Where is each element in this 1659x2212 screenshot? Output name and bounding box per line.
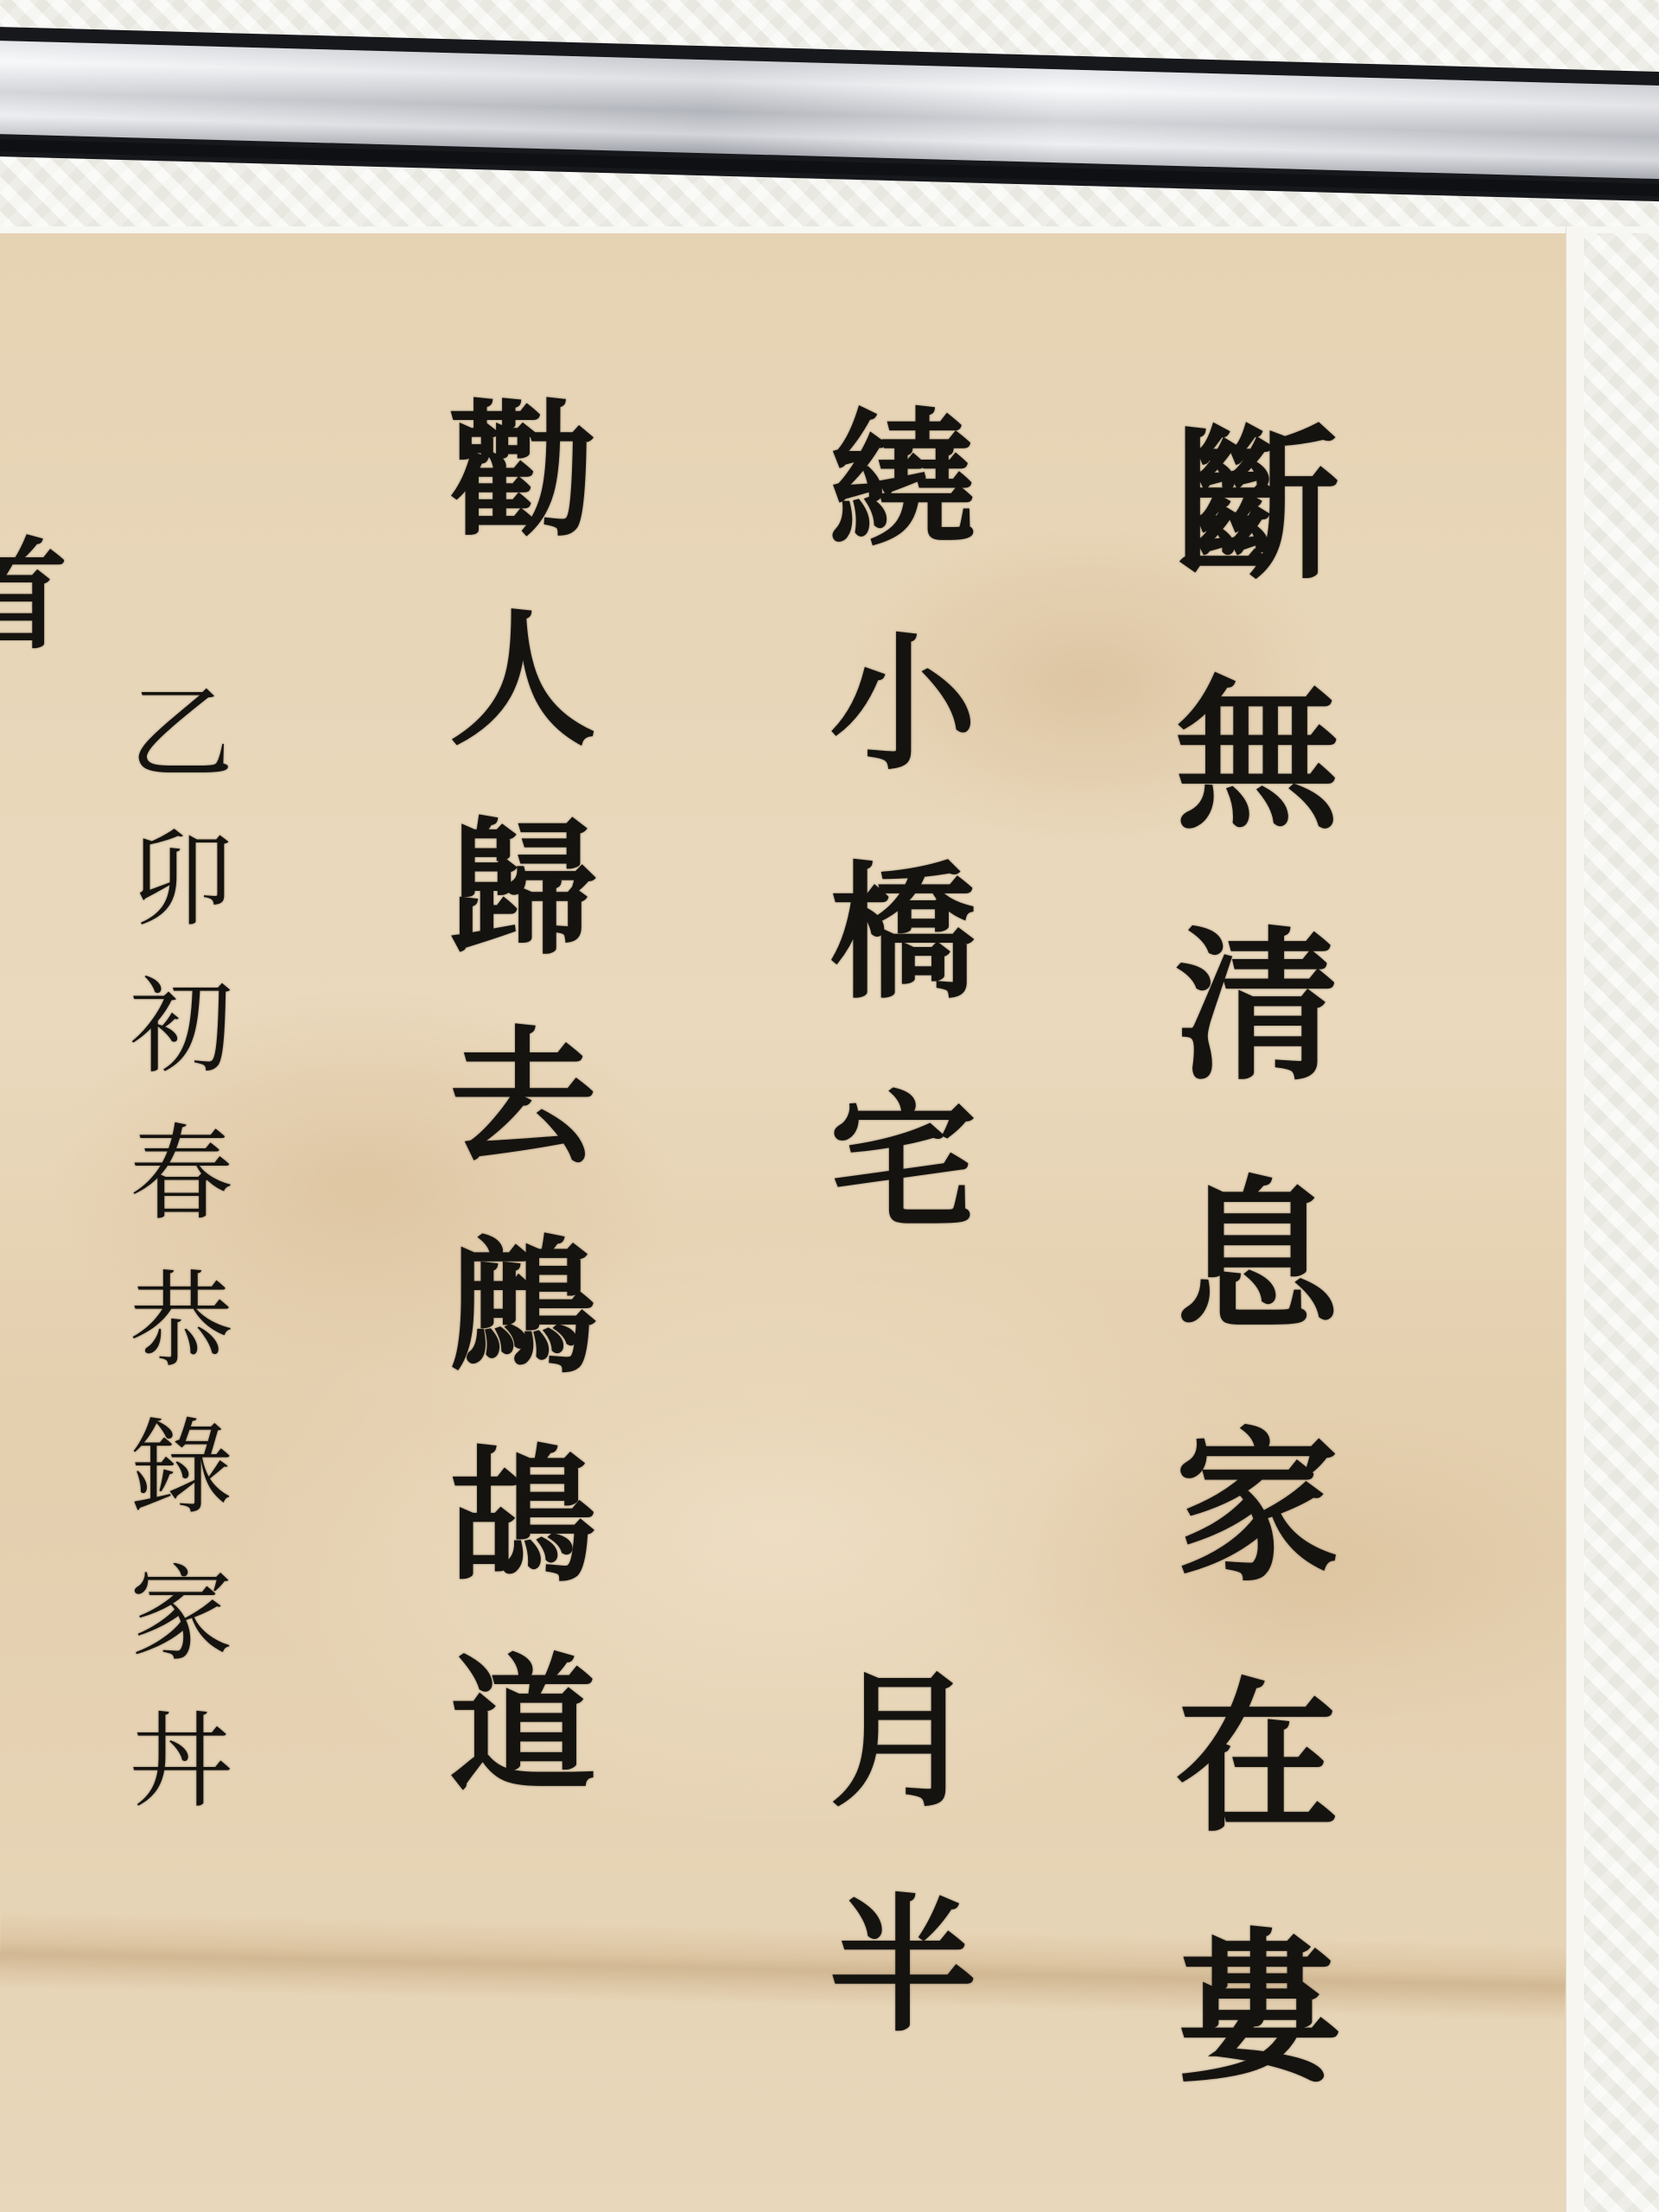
character: 小 xyxy=(829,631,976,778)
character: 繞 xyxy=(829,406,976,553)
character: 息 xyxy=(1175,1175,1339,1339)
inscription-column: 乙 卯 初 春 恭 錄 家 丼 xyxy=(130,683,233,1815)
character: 家 xyxy=(130,1564,233,1668)
character: 錄 xyxy=(130,1417,233,1521)
character: 勸 xyxy=(449,397,596,544)
calligraphy-column-2: 繞 小 橋 宅 月 半 xyxy=(829,406,976,2039)
character: 半 xyxy=(829,1892,976,2039)
character: 家 xyxy=(1175,1426,1339,1590)
calligraphy-column-1: 斷 無 清 息 家 在 婁 xyxy=(1175,423,1339,2091)
character: 丼 xyxy=(130,1711,233,1815)
mount-border-right xyxy=(1566,226,1584,2212)
calligraphy-column-3: 勸 人 歸 去 鷓 鴣 道 xyxy=(449,397,596,1799)
character: 去 xyxy=(449,1025,596,1172)
character: 乙 xyxy=(130,683,233,786)
character: 在 xyxy=(1175,1676,1339,1840)
character: 宅 xyxy=(829,1089,976,1236)
character: 春 xyxy=(130,1123,233,1227)
character: 月 xyxy=(829,1668,976,1815)
character: 斷 xyxy=(1175,423,1339,588)
character: 鷓 xyxy=(449,1234,596,1381)
character: 鴣 xyxy=(449,1443,596,1590)
character: 恭 xyxy=(130,1270,233,1374)
character: 首 xyxy=(0,536,67,657)
character: 初 xyxy=(130,976,233,1080)
character: 婁 xyxy=(1175,1927,1339,2091)
character: 歸 xyxy=(449,816,596,963)
calligraphy-column-partial: 首 xyxy=(0,536,67,657)
character: 橋 xyxy=(829,860,976,1007)
character: 清 xyxy=(1175,925,1339,1089)
character: 卯 xyxy=(130,829,233,933)
character: 人 xyxy=(449,607,596,753)
mount-border-top xyxy=(0,226,1659,233)
character: 無 xyxy=(1175,674,1339,838)
character: 道 xyxy=(449,1652,596,1799)
